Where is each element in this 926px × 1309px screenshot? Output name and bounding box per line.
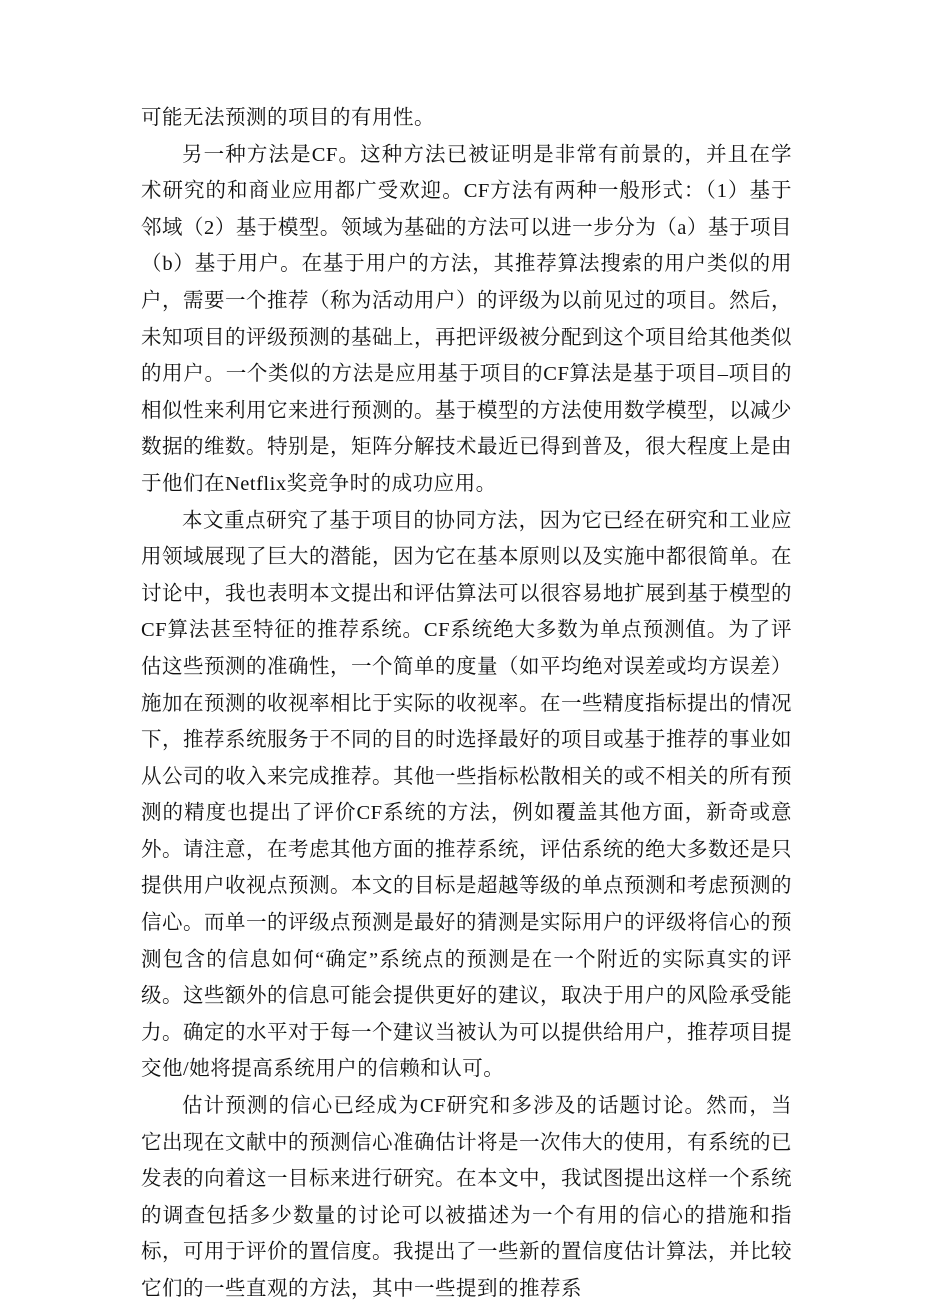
document-page: 可能无法预测的项目的有用性。 另一种方法是CF。这种方法已被证明是非常有前景的，…: [0, 0, 926, 1309]
paragraph-continuation: 可能无法预测的项目的有用性。: [141, 100, 792, 137]
paragraph: 估计预测的信心已经成为CF研究和多涉及的话题讨论。然而，当它出现在文献中的预测信…: [141, 1088, 792, 1308]
paragraph: 另一种方法是CF。这种方法已被证明是非常有前景的，并且在学术研究的和商业应用都广…: [141, 137, 792, 503]
paragraph: 本文重点研究了基于项目的协同方法，因为它已经在研究和工业应用领域展现了巨大的潜能…: [141, 503, 792, 1089]
